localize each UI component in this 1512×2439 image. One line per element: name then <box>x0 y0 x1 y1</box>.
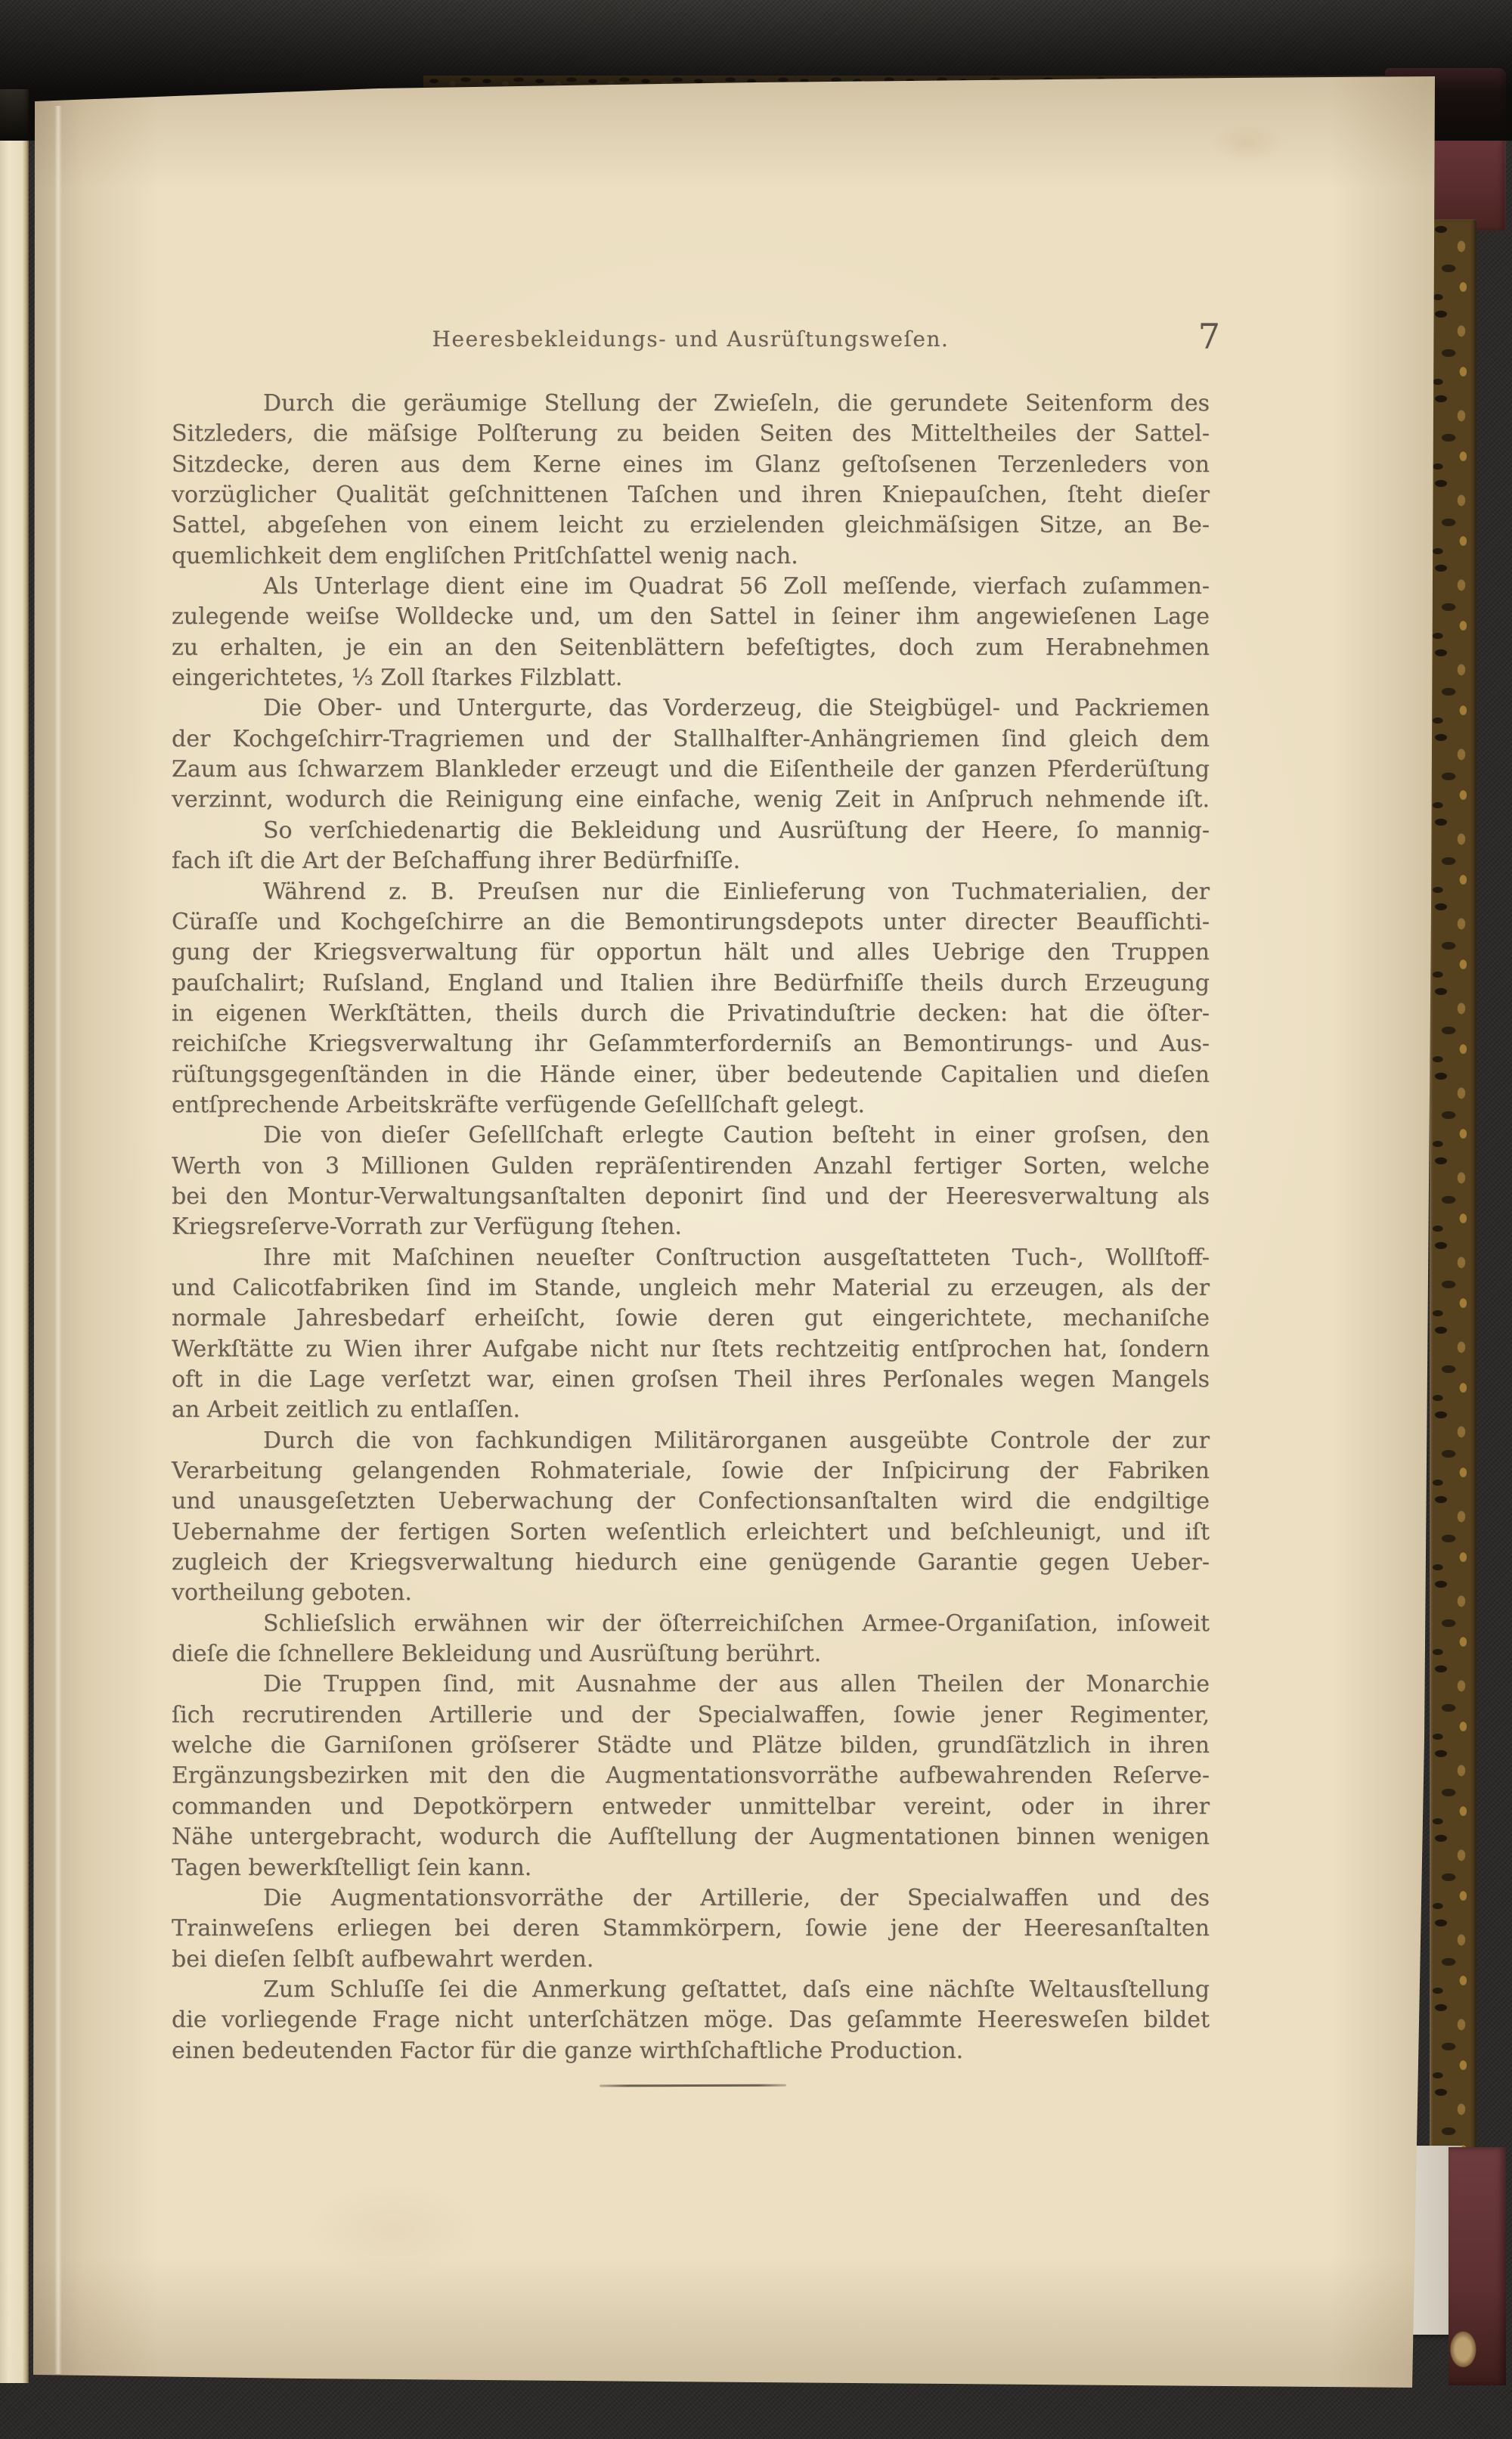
gutter-bevel <box>54 106 62 2374</box>
text-line: Werkſtätte zu Wien ihrer Aufgabe nicht n… <box>172 1334 1210 1365</box>
text-line: commanden und Depotkörpern entweder unmi… <box>172 1792 1210 1822</box>
book-cover-marbled-edge <box>1430 219 1476 2215</box>
text-line: Schlieſslich erwähnen wir der öſterreich… <box>172 1609 1210 1639</box>
text-line: verzinnt, wodurch die Reinigung eine ein… <box>172 785 1210 815</box>
running-header: Heeresbekleidungs- und Ausrüſtungsweſen.… <box>172 327 1210 364</box>
text-line: Sitzdecke, deren aus dem Kerne eines im … <box>172 450 1210 480</box>
book-page: Heeresbekleidungs- und Ausrüſtungsweſen.… <box>0 0 1512 2439</box>
text-line: Ihre mit Maſchinen neueſter Conſtruction… <box>172 1243 1210 1273</box>
text-line: Sitzleders, die mäſsige Polſterung zu be… <box>172 419 1210 449</box>
text-line: und Calicotfabriken ſind im Stande, ungl… <box>172 1273 1210 1303</box>
text-line: vorzüglicher Qualität geſchnittenen Taſc… <box>172 480 1210 510</box>
text-line: ſich recrutirenden Artillerie und der Sp… <box>172 1700 1210 1731</box>
text-line: So verſchiedenartig die Bekleidung und A… <box>172 816 1210 846</box>
text-line: pauſchalirt; Ruſsland, England und Itali… <box>172 968 1210 999</box>
text-line: fach iſt die Art der Beſchaffung ihrer B… <box>172 846 1210 876</box>
page-number: 7 <box>1198 319 1220 354</box>
text-line: gung der Kriegsverwaltung für opportun h… <box>172 937 1210 968</box>
text-line: Die von dieſer Geſellſchaft erlegte Caut… <box>172 1120 1210 1151</box>
text-line: quemlichkeit dem engliſchen Pritſchſatte… <box>172 541 1210 572</box>
text-line: zugleich der Kriegsverwaltung hiedurch e… <box>172 1548 1210 1578</box>
text-line: und unausgeſetzten Ueberwachung der Conf… <box>172 1486 1210 1517</box>
text-line: Zaum aus ſchwarzem Blankleder erzeugt un… <box>172 755 1210 785</box>
text-line: dieſe die ſchnellere Bekleidung und Ausr… <box>172 1639 1210 1669</box>
text-line: eingerichtetes, ¹⁄₃ Zoll ſtarkes Filzbla… <box>172 663 1210 693</box>
text-line: zu erhalten, je ein an den Seitenblätter… <box>172 633 1210 663</box>
text-line: Trainweſens erliegen bei deren Stammkörp… <box>172 1914 1210 1944</box>
text-line: einen bedeutenden Factor für die ganze w… <box>172 2036 1210 2066</box>
scanned-book-photo: Heeresbekleidungs- und Ausrüſtungsweſen.… <box>0 0 1512 2439</box>
text-line: Werth von 3 Millionen Gulden repräſentir… <box>172 1151 1210 1182</box>
text-line: reichiſche Kriegsverwaltung ihr Geſammte… <box>172 1029 1210 1059</box>
text-line: Zum Schluſſe ſei die Anmerkung geſtattet… <box>172 1975 1210 2005</box>
text-line: vortheilung geboten. <box>172 1578 1210 1608</box>
text-line: oft in die Lage verſetzt war, einen groſ… <box>172 1365 1210 1395</box>
text-line: Die Ober- und Untergurte, das Vorderzeug… <box>172 693 1210 724</box>
text-line: Die Truppen ſind, mit Ausnahme der aus a… <box>172 1669 1210 1700</box>
text-column: Durch die geräumige Stellung der Zwieſel… <box>172 389 1210 2066</box>
text-line: Die Augmentationsvorräthe der Artillerie… <box>172 1883 1210 1914</box>
text-line: Ergänzungsbezirken mit den die Augmentat… <box>172 1761 1210 1791</box>
text-line: Kriegsreſerve-Vorrath zur Verfügung ſteh… <box>172 1212 1210 1242</box>
section-divider <box>600 2084 786 2087</box>
text-line: Cüraſſe und Kochgeſchirre an die Bemonti… <box>172 907 1210 937</box>
text-line: Durch die geräumige Stellung der Zwieſel… <box>172 389 1210 419</box>
text-line: rüſtungsgegenſtänden in die Hände einer,… <box>172 1060 1210 1090</box>
text-line: die vorliegende Frage nicht unterſchätze… <box>172 2005 1210 2035</box>
text-line: Als Unterlage dient eine im Quadrat 56 Z… <box>172 572 1210 602</box>
text-line: Verarbeitung gelangenden Rohmateriale, ſ… <box>172 1456 1210 1486</box>
text-line: Uebernahme der fertigen Sorten weſentlic… <box>172 1517 1210 1548</box>
running-title: Heeresbekleidungs- und Ausrüſtungsweſen. <box>172 327 1210 352</box>
text-line: bei dieſen ſelbſt aufbewahrt werden. <box>172 1945 1210 1975</box>
text-line: welche die Garniſonen gröſserer Städte u… <box>172 1731 1210 1761</box>
text-line: Nähe untergebracht, wodurch die Aufſtell… <box>172 1822 1210 1852</box>
text-line: Tagen bewerkſtelligt ſein kann. <box>172 1853 1210 1883</box>
text-line: Während z. B. Preuſsen nur die Einliefer… <box>172 877 1210 907</box>
text-line: normale Jahresbedarf erheiſcht, ſowie de… <box>172 1303 1210 1334</box>
text-line: in eigenen Werkſtätten, theils durch die… <box>172 999 1210 1029</box>
text-line: an Arbeit zeitlich zu entlaſſen. <box>172 1395 1210 1425</box>
text-line: zulegende weiſse Wolldecke und, um den S… <box>172 602 1210 632</box>
text-line: der Kochgeſchirr-Tragriemen und der Stal… <box>172 724 1210 755</box>
facing-page-edge <box>0 89 29 2383</box>
text-line: Sattel, abgeſehen von einem leicht zu er… <box>172 510 1210 541</box>
headband-knot <box>1445 2325 1485 2379</box>
text-line: entſprechende Arbeitskräfte verfügende G… <box>172 1090 1210 1120</box>
text-line: Durch die von fachkundigen Militärorgane… <box>172 1426 1210 1456</box>
text-line: bei den Montur-Verwaltungsanſtalten depo… <box>172 1182 1210 1212</box>
